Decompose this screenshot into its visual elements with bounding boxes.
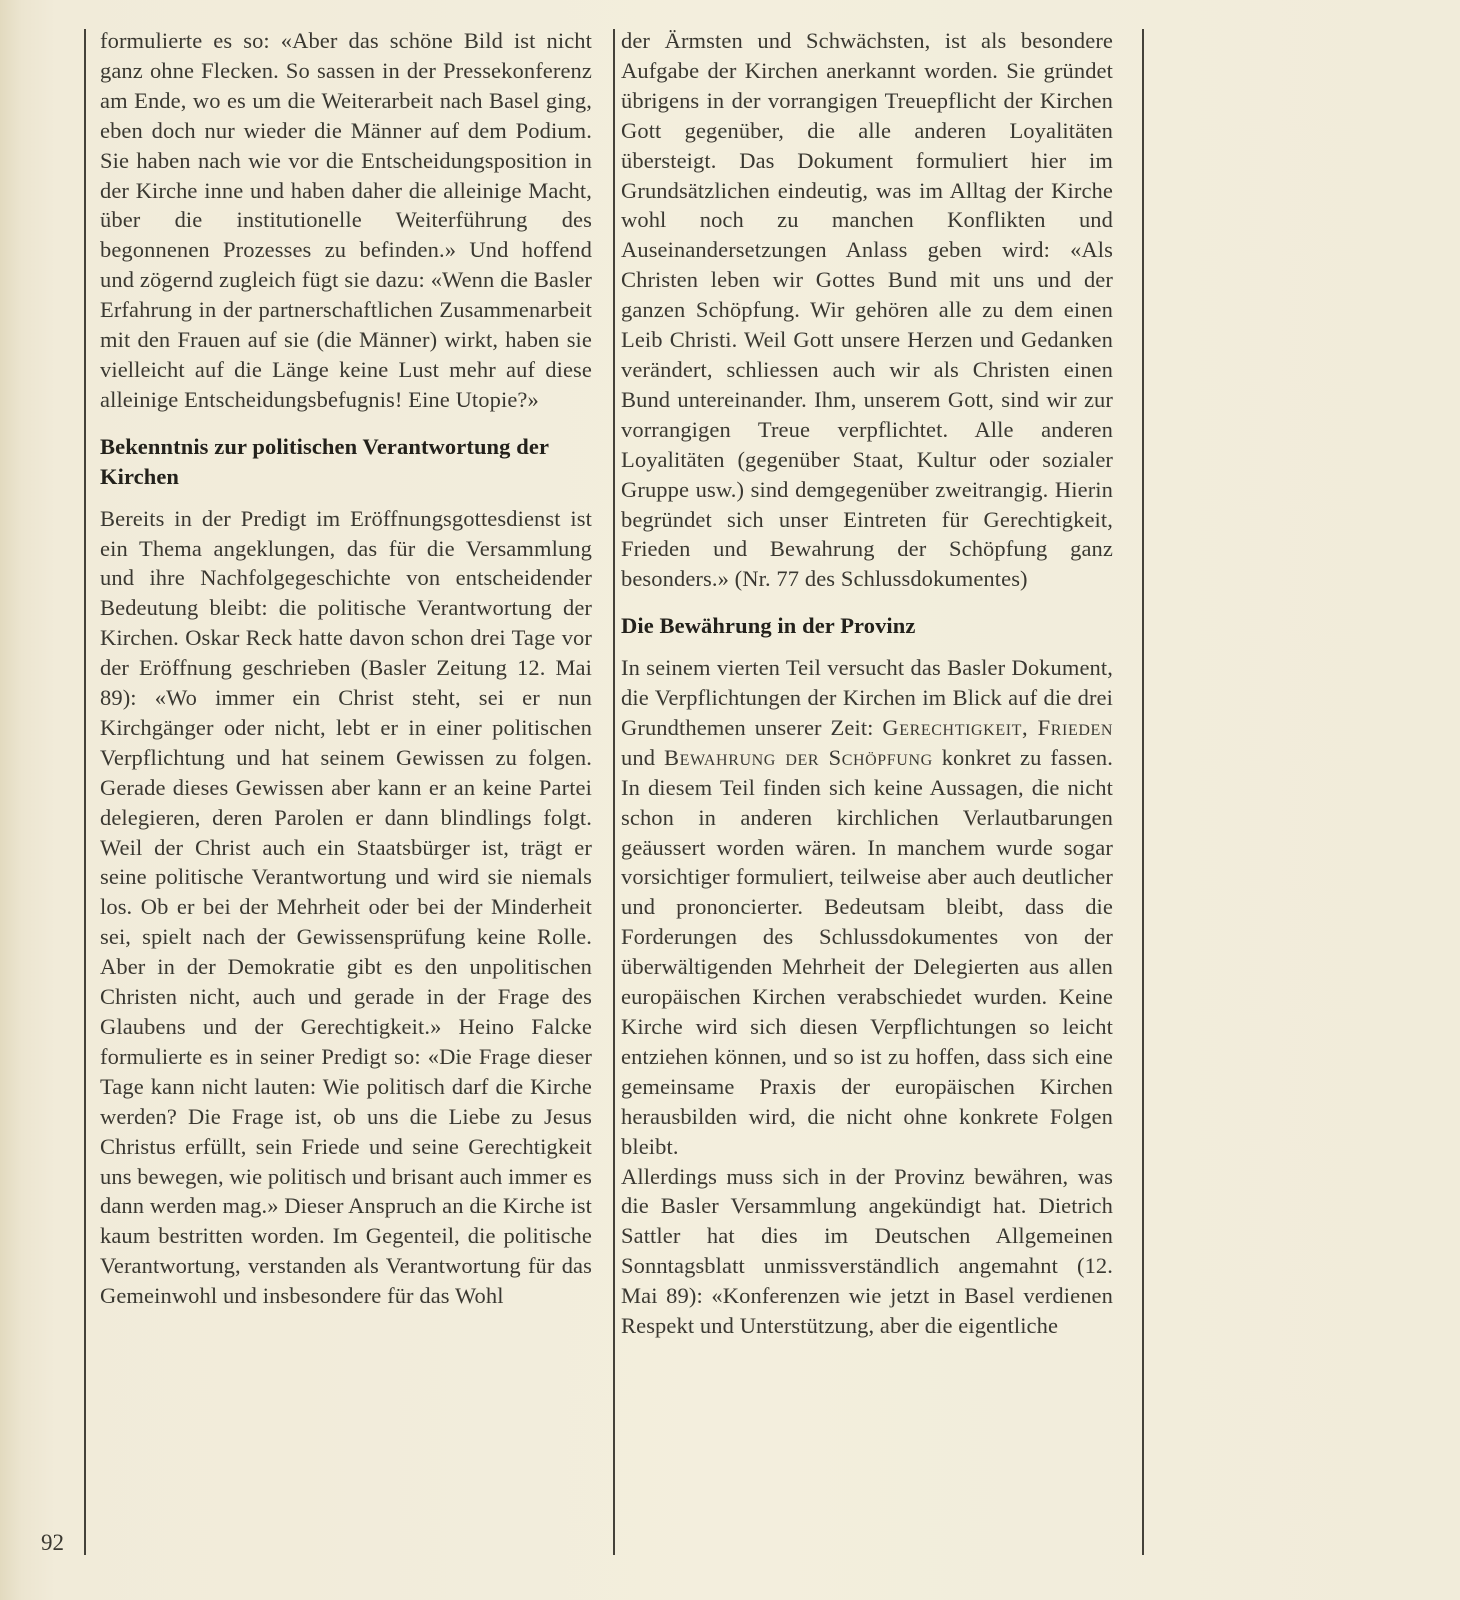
left-column: formulierte es so: «Aber das schöne Bild…: [100, 26, 592, 1311]
column-divider-rule: [613, 29, 615, 1555]
page-number: 92: [41, 1528, 64, 1557]
right-body-paragraph-allerdings: Allerdings muss sich in der Provinz bewä…: [621, 1162, 1113, 1341]
left-paragraph-continuation: formulierte es so: «Aber das schöne Bild…: [100, 26, 592, 415]
right-margin-rule: [1142, 29, 1144, 1555]
left-body-paragraph: Bereits in der Predigt im Eröffnungsgott…: [100, 504, 592, 1311]
right-column: der Ärmsten und Schwächsten, ist als bes…: [621, 26, 1113, 1341]
right-paragraph-continuation: der Ärmsten und Schwächsten, ist als bes…: [621, 26, 1113, 594]
smallcaps-term: Gerechtigkeit, Frieden: [882, 715, 1113, 740]
section-heading-politische-verantwortung: Bekenntnis zur politischen Verantwortung…: [100, 432, 592, 492]
text-run: und: [621, 745, 664, 770]
scanned-book-page: formulierte es so: «Aber das schöne Bild…: [0, 0, 1460, 1600]
section-heading-bewaehrung-provinz: Die Bewährung in der Provinz: [621, 611, 1113, 641]
smallcaps-term: Bewahrung der Schöpfung: [664, 745, 933, 770]
text-run: konkret zu fassen. In diesem Teil finden…: [621, 745, 1113, 1159]
left-column-rule: [84, 29, 86, 1555]
right-body-paragraph-grundthemen: In seinem vierten Teil versucht das Basl…: [621, 653, 1113, 1161]
